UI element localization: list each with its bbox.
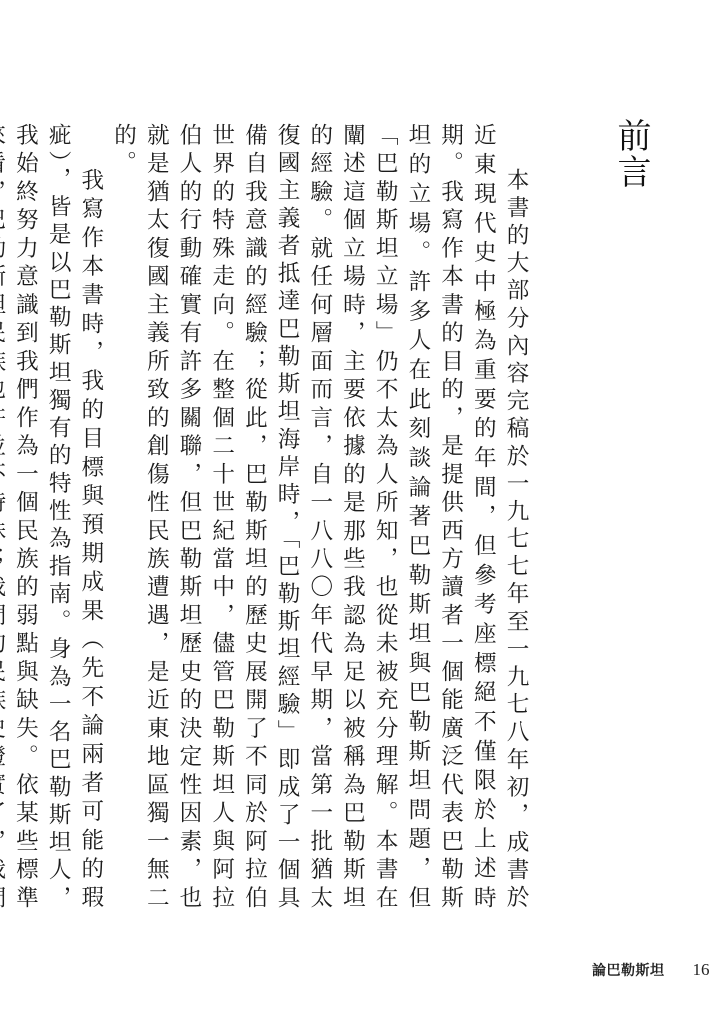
page-number: 16 (693, 960, 710, 980)
paragraph-1: 本書的大部分內容完稿於一九七七年至一九七八年初，成書於近東現代史中極為重要的年間… (107, 123, 532, 913)
page-footer: 論巴勒斯坦 16 (592, 958, 710, 982)
paragraph-2: 我寫作本書時，我的目標與預期成果（先不論兩者可能的瑕疵），皆是以巴勒斯坦獨有的特… (0, 123, 107, 913)
book-page: 前言 本書的大部分內容完稿於一九七七年至一九七八年初，成書於近東現代史中極為重要… (0, 0, 725, 1029)
running-footer-book-title: 論巴勒斯坦 (592, 960, 665, 980)
chapter-title: 前言 (611, 118, 651, 190)
body-text: 本書的大部分內容完稿於一九七七年至一九七八年初，成書於近東現代史中極為重要的年間… (0, 123, 532, 913)
